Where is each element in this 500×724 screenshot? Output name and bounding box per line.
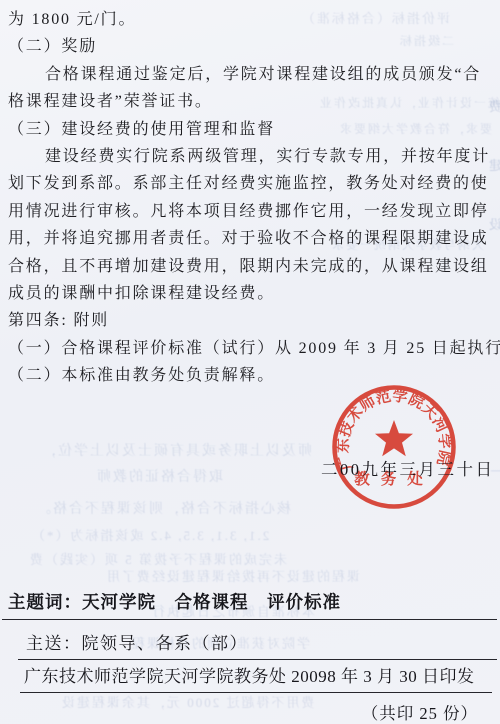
body-text: 为 1800 元/门。（二）奖励合格课程通过鉴定后，学院对课程建设组的成员颁发“…	[8, 6, 494, 390]
copies-note: （共印 25 份）	[362, 700, 478, 724]
issuer-text: 广东技术师范学院天河学院教务处 20098 年 3 月 30 日印发	[24, 667, 475, 686]
recipient-value: 院领导、各系（部）	[82, 634, 249, 653]
body-line: 为 1800 元/门。	[8, 6, 494, 33]
body-line: （二）奖励	[8, 33, 494, 60]
subject-label: 主题词：	[8, 592, 82, 612]
bleedthrough-text: 师及以上职务或具有硕士及以上学位，	[40, 440, 312, 460]
body-line: 建设经费实行院系两级管理，实行专款专用，并按年度计	[8, 143, 494, 170]
body-line: （三）建设经费的使用管理和监督	[8, 116, 494, 143]
official-seal-icon: 广东技术师范学院天河学院 教务处	[328, 382, 460, 514]
body-line: 用，并将追究挪用者责任。对于验收不合格的课程限期建设成	[8, 225, 494, 252]
subject-keywords: 天河学院 合格课程 评价标准	[82, 592, 341, 612]
recipient-label: 主送：	[26, 634, 82, 653]
bleedthrough-text: 2.1, 3.1, 3.5, 4.2 或该指标为（*）	[30, 525, 269, 544]
bleedthrough-text: 核心指标不合格，则该课程不合格。	[35, 498, 291, 518]
subject-line: 主题词：天河学院 合格课程 评价标准	[2, 589, 497, 620]
body-line: 格课程建设者”荣誉证书。	[8, 88, 494, 115]
bleedthrough-text: 取得合格证的教师	[95, 466, 223, 486]
bleedthrough-text: 费用不得超过 2000 元，其余课程建设	[60, 692, 315, 711]
body-line: 用情况进行审核。凡将本项目经费挪作它用，一经发现立即停	[8, 198, 494, 225]
seal-star-icon	[375, 420, 413, 456]
issue-date: 二00九年三月三十日	[321, 456, 495, 480]
recipient-line: 主送：院领导、各系（部）	[18, 629, 497, 660]
body-line: 第四条: 附则	[8, 307, 494, 334]
body-line: （一）合格课程评价标准（试行）从 2009 年 3 月 25 日起执行。	[8, 335, 494, 362]
body-line: 合格课程通过鉴定后，学院对课程建设组的成员颁发“合	[8, 61, 494, 88]
bleedthrough-text: 未完成的课程不予拨第 5 项（实践）费	[28, 549, 287, 568]
bleedthrough-text: 课程的建设不再拨给课程建设经费了用	[105, 566, 360, 585]
body-line: 划下发到系部。系部主任对经费实施监控，教务处对经费的使	[8, 170, 494, 197]
document-page: 评价指标（合格标准）二级指标统一设计作业，认真批改作业要求，符合教学大纲要求大纲…	[0, 0, 500, 724]
issuer-line: 广东技术师范学院天河学院教务处 20098 年 3 月 30 日印发	[20, 662, 492, 693]
body-line: 合格，且不再增加建设费用，限期内未完成的，从课程建设组	[8, 253, 494, 280]
body-line: 成员的课酬中扣除课程建设经费。	[8, 280, 494, 307]
